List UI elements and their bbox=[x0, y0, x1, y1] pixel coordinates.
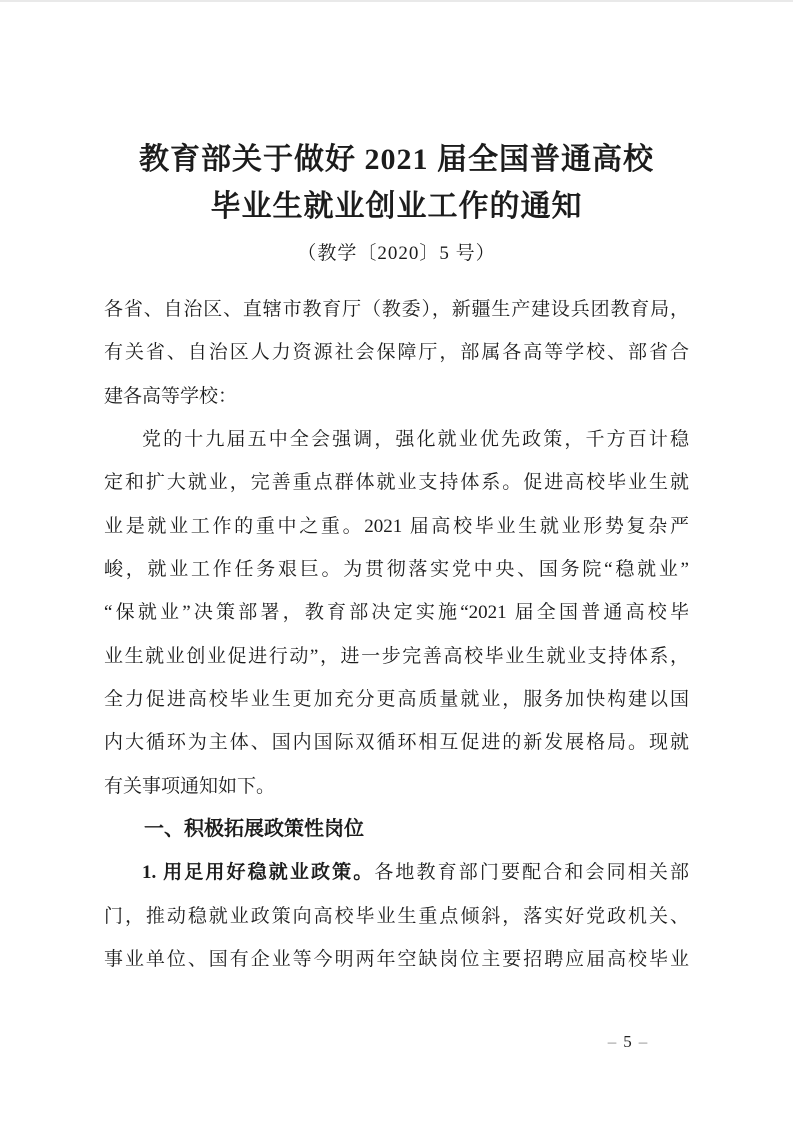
document-page: 教育部关于做好 2021 届全国普通高校 毕业生就业创业工作的通知 （教学〔20… bbox=[0, 0, 793, 1122]
section-heading: 一、积极拓展政策性岗位 bbox=[104, 808, 689, 851]
scan-edge-line bbox=[0, 0, 793, 2]
page-number-dash: – bbox=[633, 1032, 655, 1051]
paragraph-line: 峻，就业工作任务艰巨。为贯彻落实党中央、国务院“稳就业” bbox=[104, 548, 689, 591]
paragraph-line: 业生就业创业促进行动”，进一步完善高校毕业生就业支持体系， bbox=[104, 635, 689, 678]
paragraph-line: 业是就业工作的重中之重。2021 届高校毕业生就业形势复杂严 bbox=[104, 505, 689, 548]
page-number-value: 5 bbox=[623, 1032, 633, 1051]
title-line-1: 教育部关于做好 2021 届全国普通高校 bbox=[104, 136, 689, 183]
paragraph-line: 定和扩大就业，完善重点群体就业支持体系。促进高校毕业生就 bbox=[104, 461, 689, 504]
paragraph-line: 全力促进高校毕业生更加充分更高质量就业，服务加快构建以国 bbox=[104, 678, 689, 721]
salutation-line: 有关省、自治区人力资源社会保障厅，部属各高等学校、部省合 bbox=[104, 331, 689, 374]
paragraph-line: 有关事项通知如下。 bbox=[104, 765, 689, 808]
paragraph-line: 党的十九届五中全会强调，强化就业优先政策，千方百计稳 bbox=[104, 418, 689, 461]
document-number: （教学〔2020〕5 号） bbox=[104, 239, 689, 269]
paragraph-line: 门，推动稳就业政策向高校毕业生重点倾斜，落实好党政机关、 bbox=[104, 895, 689, 938]
paragraph-line: 事业单位、国有企业等今明两年空缺岗位主要招聘应届高校毕业 bbox=[104, 938, 689, 981]
title-line-2: 毕业生就业创业工作的通知 bbox=[104, 183, 689, 230]
numbered-item-lead: 1. 用足用好稳就业政策。 bbox=[142, 862, 374, 883]
paragraph-line: 内大循环为主体、国内国际双循环相互促进的新发展格局。现就 bbox=[104, 721, 689, 764]
paragraph-line: “保就业”决策部署，教育部决定实施“2021 届全国普通高校毕 bbox=[104, 591, 689, 634]
document-body: 各省、自治区、直辖市教育厅（教委），新疆生产建设兵团教育局， 有关省、自治区人力… bbox=[104, 288, 689, 982]
document-title: 教育部关于做好 2021 届全国普通高校 毕业生就业创业工作的通知 （教学〔20… bbox=[104, 136, 689, 269]
numbered-item-text: 各地教育部门要配合和会同相关部 bbox=[374, 862, 689, 883]
salutation-line: 各省、自治区、直辖市教育厅（教委），新疆生产建设兵团教育局， bbox=[104, 288, 689, 331]
page-number: –5– bbox=[588, 1030, 668, 1054]
page-number-dash: – bbox=[602, 1032, 624, 1051]
paragraph-line: 1. 用足用好稳就业政策。各地教育部门要配合和会同相关部 bbox=[104, 851, 689, 894]
salutation-line: 建各高等学校： bbox=[104, 375, 689, 418]
